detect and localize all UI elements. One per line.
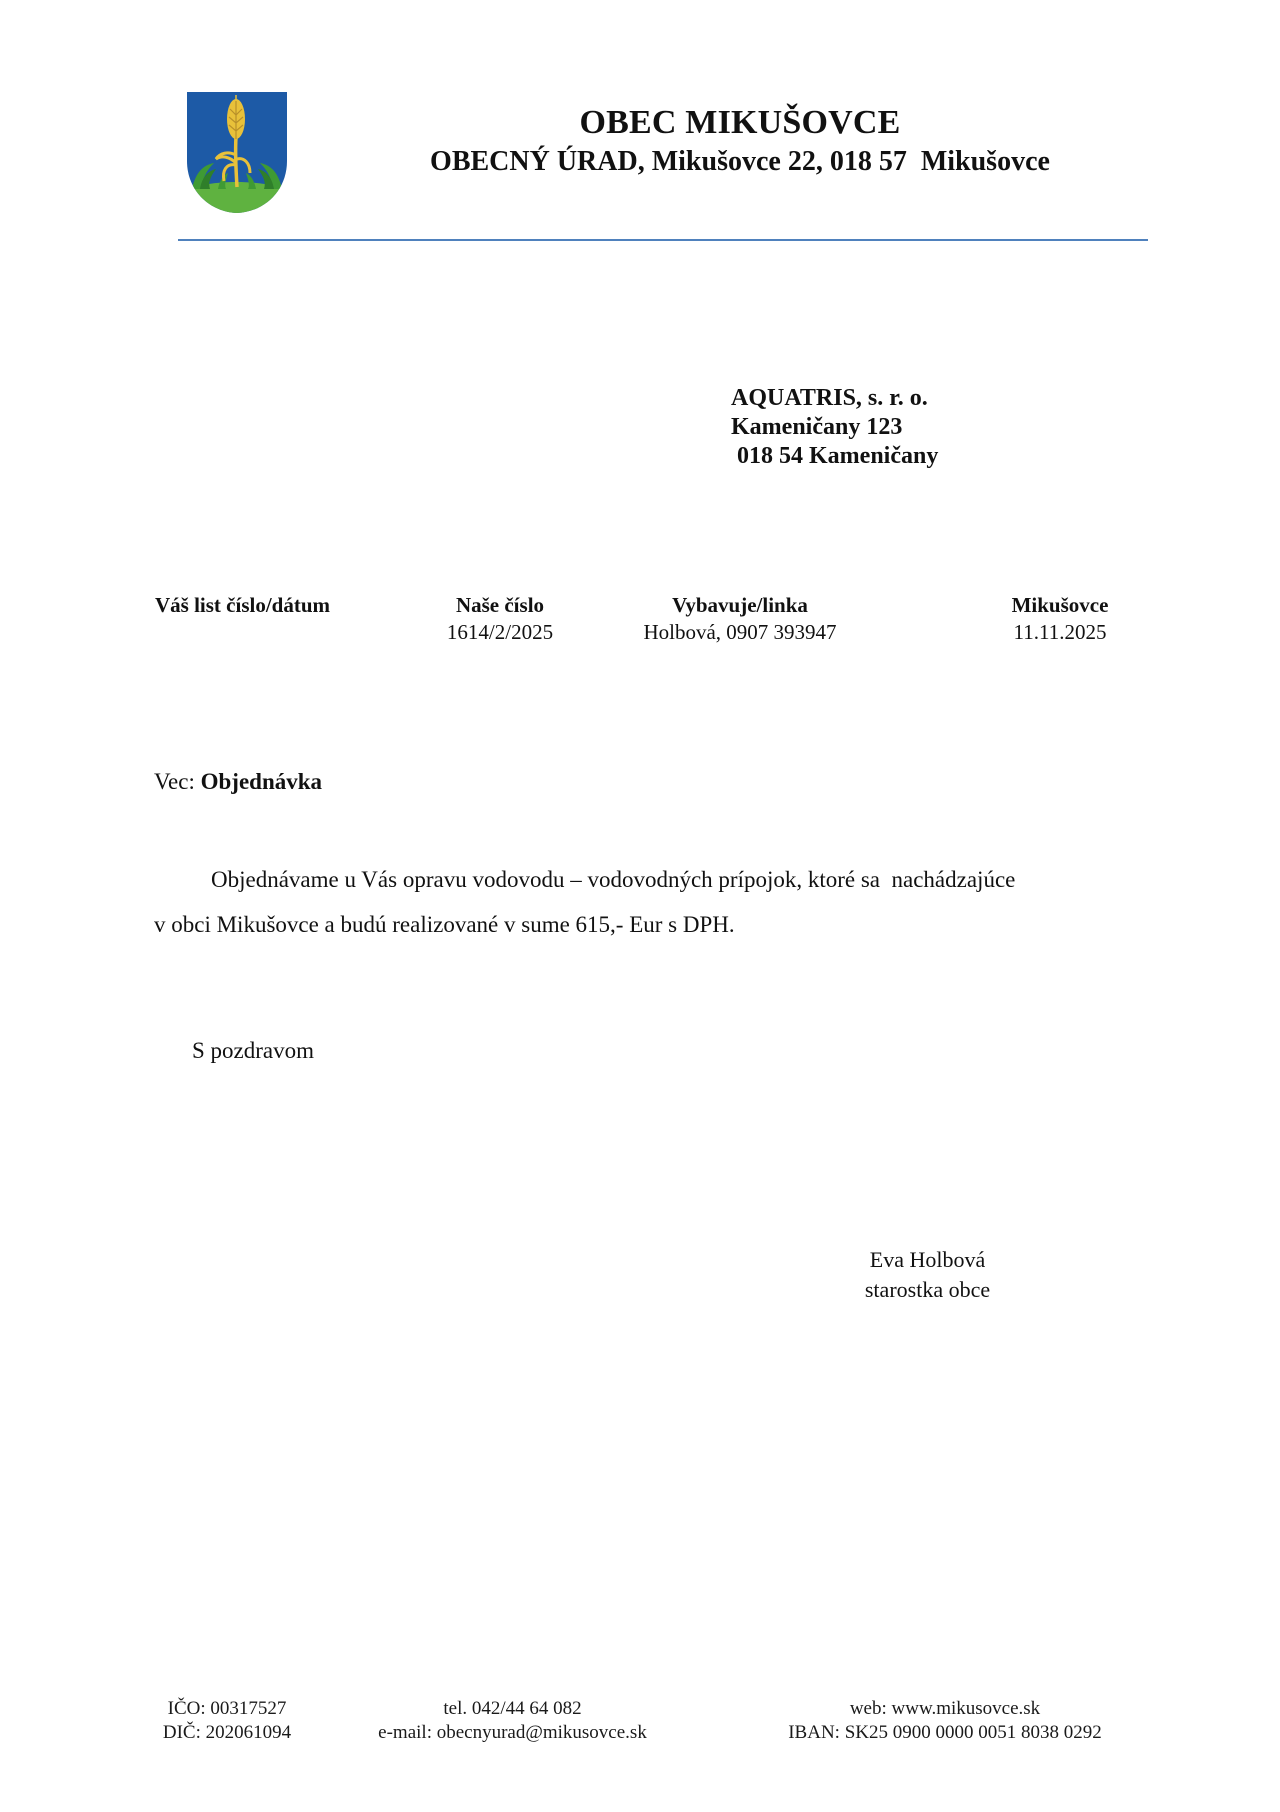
ref-label: Mikušovce bbox=[980, 592, 1140, 619]
office-address: OBECNÝ ÚRAD, Mikušovce 22, 018 57 Mikušo… bbox=[360, 145, 1120, 179]
municipality-title: OBEC MIKUŠOVCE bbox=[380, 103, 1100, 143]
ref-our-number: Naše číslo 1614/2/2025 bbox=[420, 592, 580, 646]
recipient-name: AQUATRIS, s. r. o. bbox=[731, 384, 938, 413]
ref-your-letter: Váš list číslo/dátum bbox=[155, 592, 330, 619]
ref-place-date: Mikušovce 11.11.2025 bbox=[980, 592, 1140, 646]
footer-email: e-mail: obecnyurad@mikusovce.sk bbox=[350, 1721, 675, 1745]
footer-web-bank: web: www.mikusovce.sk IBAN: SK25 0900 00… bbox=[760, 1697, 1130, 1745]
ref-label: Váš list číslo/dátum bbox=[155, 592, 330, 619]
recipient-city: 018 54 Kameničany bbox=[731, 442, 938, 471]
body-line: Objednávame u Vás opravu vodovodu – vodo… bbox=[154, 857, 1144, 902]
signature-block: Eva Holbová starostka obce bbox=[840, 1245, 1015, 1305]
ref-handled-by: Vybavuje/linka Holbová, 0907 393947 bbox=[620, 592, 860, 646]
ref-value: 11.11.2025 bbox=[980, 619, 1140, 646]
coat-of-arms-icon bbox=[186, 91, 288, 214]
footer-web: web: www.mikusovce.sk bbox=[760, 1697, 1130, 1721]
signatory-name: Eva Holbová bbox=[840, 1245, 1015, 1275]
footer-ico: IČO: 00317527 bbox=[147, 1697, 307, 1721]
recipient-street: Kameničany 123 bbox=[731, 413, 938, 442]
footer-ids: IČO: 00317527 DIČ: 202061094 bbox=[147, 1697, 307, 1745]
closing-greeting: S pozdravom bbox=[192, 1036, 314, 1066]
ref-value: 1614/2/2025 bbox=[420, 619, 580, 646]
footer-tel: tel. 042/44 64 082 bbox=[350, 1697, 675, 1721]
header-divider bbox=[178, 239, 1148, 241]
footer-contact: tel. 042/44 64 082 e-mail: obecnyurad@mi… bbox=[350, 1697, 675, 1745]
ref-value: Holbová, 0907 393947 bbox=[620, 619, 860, 646]
subject-prefix: Vec: bbox=[154, 769, 201, 794]
footer-dic: DIČ: 202061094 bbox=[147, 1721, 307, 1745]
ref-label: Naše číslo bbox=[420, 592, 580, 619]
signatory-role: starostka obce bbox=[840, 1275, 1015, 1305]
letter-body: Objednávame u Vás opravu vodovodu – vodo… bbox=[154, 857, 1144, 947]
ref-label: Vybavuje/linka bbox=[620, 592, 860, 619]
subject-title: Objednávka bbox=[201, 769, 322, 794]
subject-line: Vec: Objednávka bbox=[154, 767, 322, 797]
recipient-address: AQUATRIS, s. r. o. Kameničany 123 018 54… bbox=[731, 384, 938, 471]
footer-iban: IBAN: SK25 0900 0000 0051 8038 0292 bbox=[760, 1721, 1130, 1745]
body-line: v obci Mikušovce a budú realizované v su… bbox=[154, 902, 1144, 947]
